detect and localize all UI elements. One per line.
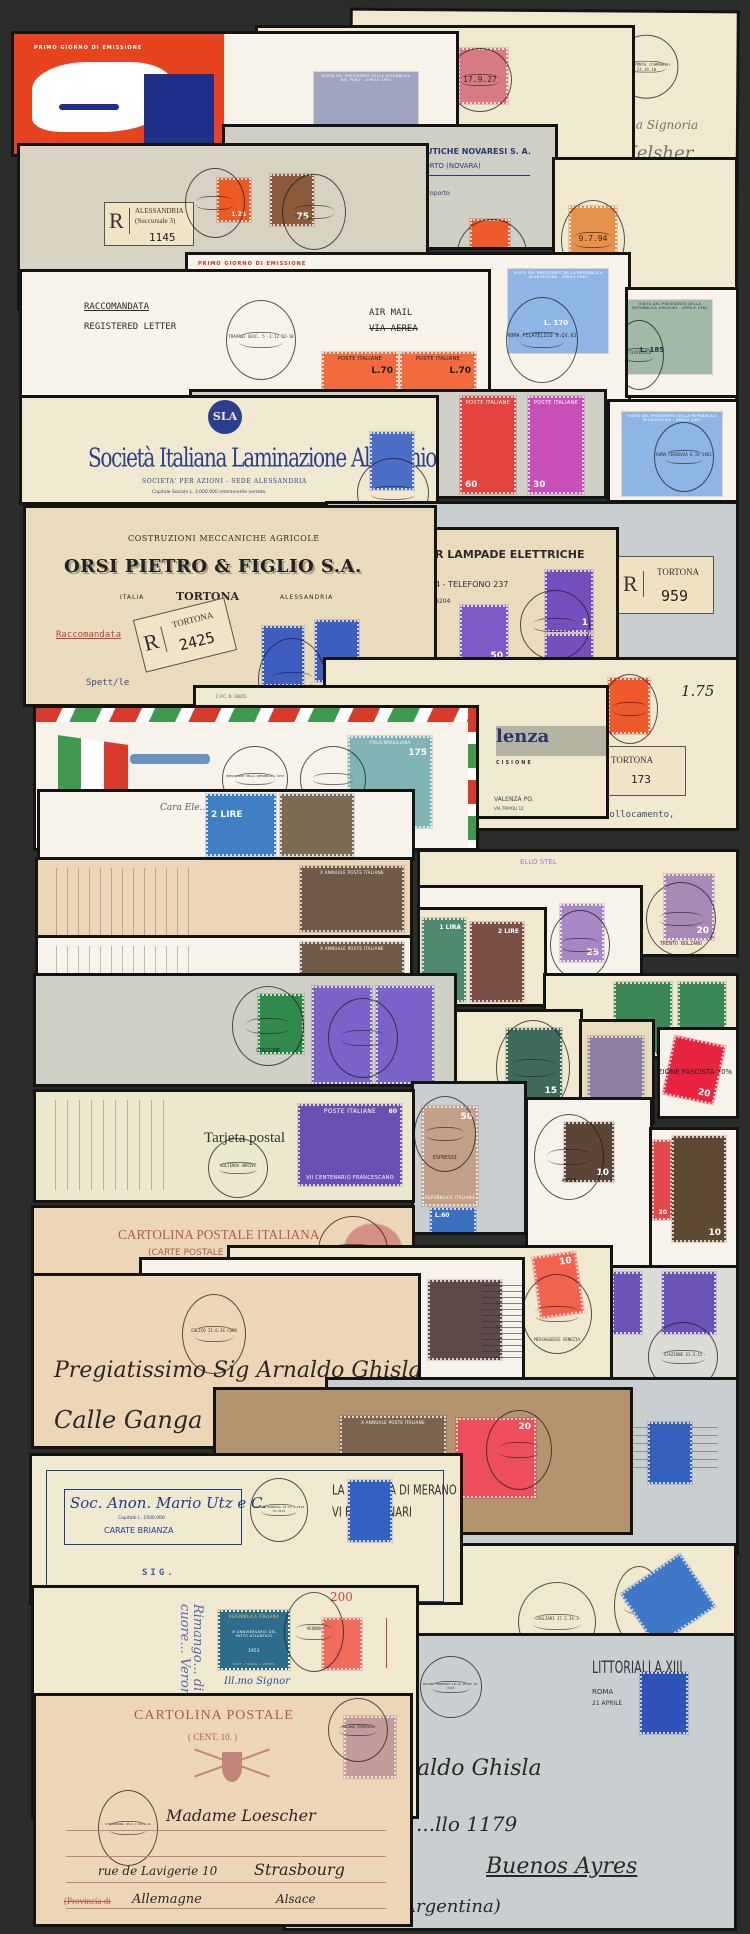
brand-tagline: CISIONE [496,760,533,766]
imperiale-piece: 20 10 [652,1130,736,1272]
registration-label: R TORTONA 2425 [133,597,237,672]
company-line-2: SOCIETA' PER AZIONI - SEDE ALESSANDRIA [142,478,307,485]
province-label: (Provincia di [64,1896,111,1906]
postmark [457,219,527,247]
airmail-label-it: VIA AEREA [369,324,418,334]
red-rule [386,1618,387,1668]
handwriting [46,868,196,948]
postmark: ESPRESSI [414,1096,476,1172]
postmark-milano: MILANO FERROVIA 12-13 5-VIII 35-XIII [250,1478,308,1542]
postmark: ROMA FERROVIA 6-IV 1961 [654,422,714,492]
postmark [328,998,398,1078]
registered-label: Raccomandata [56,630,121,640]
stamp: REPUBBLICA ITALIANA IV ANNIVERSARIO DEL … [218,1610,290,1670]
postmark: MESSAGGERIE VENEZIA [522,1274,592,1354]
postmark: VOLTERRA ARRIVI [208,1138,268,1198]
postmark: ROMA FILATELICO 6.IV.61 [506,297,578,383]
address-city: VALENZA PO. [494,796,534,803]
propaganda-piece: 20 RIVOLUZIONE FASCISTA 70% [660,1030,736,1116]
letterhead-3c: ALESSANDRIA [280,594,333,601]
letterhead-3: 9204 [435,598,450,605]
addressee: Spett/le [86,678,129,688]
wavy-cancel [618,1420,718,1470]
capital: Capitale L. 1500.000 [118,1516,165,1521]
address-name: ...aldo Ghisla [396,1756,542,1781]
coat-of-arms [192,1748,272,1792]
wavy-cancel [482,1280,522,1360]
letterhead-3a: ITALIA [120,594,144,601]
cachet: ELLO STEL [520,858,557,866]
sila-front: SLA Società Italiana Laminazione Allumin… [22,398,436,502]
registration-label: TORTONA 173 [604,746,686,796]
utz-front: Soc. Anon. Mario Utz e C. Capitale L. 15… [32,1456,460,1602]
address-line [66,1908,386,1909]
stamp: POSTE ITALIANE60 [460,396,516,494]
fdc-header: PRIMO GIORNO DI EMISSIONE [34,45,142,51]
registration-label: R ALESSANDRIA (Succursale 3) 1145 [104,202,194,246]
city: CARATE BRIANZA [104,1526,173,1535]
company-name: ORSI PIETRO & FIGLIO S.A. [64,556,362,577]
card-title: CARTOLINA POSTALE ITALIANA [118,1228,319,1244]
addressee: Madame Loescher [166,1806,316,1825]
letterhead-1: R LAMPADE ELETTRICHE [435,548,584,561]
stamp [280,794,354,856]
postmark [550,910,610,978]
stamp [588,1036,644,1108]
tarjeta-card: Tarjeta postal VOLTERRA ARRIVI POSTE ITA… [36,1092,412,1200]
ccp-number: C.P.C. N. 28855 [216,694,247,699]
card-title: CARTOLINA POSTALE [134,1708,294,1724]
postmark [486,1410,552,1490]
postmark [185,168,245,238]
letterhead-1: AUTICHE NOVARESI S. A. [420,147,531,156]
address-city: Buenos Ayres [486,1854,637,1879]
postmark [520,590,590,660]
company-line-3: Capitale Sociale L. 3.000.000 interament… [152,490,265,495]
stamp [612,1272,642,1334]
letterhead-2: PORTO (NOVARA) [420,162,481,170]
typed-text: Collocamento, [604,810,674,820]
airplane-icon [130,754,210,764]
cartolina-postale-10: NB. Sul lato anteriore si scrive soltant… [36,1696,410,1924]
stamp: POSTE ITALIANE 60 VII CENTENARIO FRANCES… [298,1104,402,1186]
postmark [282,174,346,250]
monument-graphic [144,74,214,154]
stamp: X ANNUALE POSTE ITALIANE [300,866,404,932]
card-uruguay: VISITA DEL PRESIDENTE DELLA REPUBBLICA U… [628,290,736,395]
region: Alsace [276,1892,316,1906]
postcard-pair: Cara Ele... 2 LIRE [40,792,412,858]
address: Ill.mo Signor [224,1676,290,1687]
street: rue de Lavigerie 10 [98,1864,217,1878]
postmark: AOSTA [534,1114,604,1200]
trapani-cover: RACCOMANDATA REGISTERED LETTER TRAPANI S… [22,272,488,402]
card-argentina-2: VISITA DEL PRESIDENTE DELLA REPUBBLICA I… [610,402,736,500]
letterhead-1: COSTRUZIONI MECCANICHE AGRICOLE [128,534,320,543]
company-name: Soc. Anon. Mario Utz e C. [70,1494,267,1512]
card-subtitle: ( CENT. 10. ) [188,1732,237,1742]
postmark [602,674,658,744]
stamp: POSTE ITALIANE30 [528,396,584,494]
registered-label: RACCOMANDATA [84,302,149,312]
stamp: L.60 [430,1208,476,1232]
address-line [66,1830,386,1831]
address-line [66,1882,386,1883]
postmark: STAZIONE [232,986,304,1066]
stamp: 2 LIRE [206,794,276,856]
stamp: 10 [672,1136,726,1242]
address-country: (Argentina) [396,1896,501,1917]
address-street: VIA TRIPOLI 12 [494,806,524,811]
augusto-card: 10 AOSTA [528,1100,650,1268]
airmail-stripes-right [468,708,476,848]
stamp: 20 [652,1140,672,1220]
handwritten-rate: 1.75 [681,682,714,700]
decennale-card-1: X ANNUALE POSTE ITALIANE [38,860,410,950]
stamp: 2 LIRE [470,922,524,1002]
airmail-stripes [36,708,476,722]
imperiale-violet-piece: STAZIONE 31.3.15 [612,1268,736,1380]
postmark-strassburg: STRASSBURG (ELS.) 18 8 16 [98,1790,158,1866]
letterhead-2: 4 - TELEFONO 237 [435,580,509,589]
airplane-icon [59,104,119,110]
airmail-label: AIR MAIL [369,308,412,318]
postmark-milano: MILANO FERROVIA 10-11 29-IV 35-XIII [420,1656,482,1718]
stamp [640,1672,688,1734]
stamp: 50 [460,605,508,660]
postmark: TRENTO BOLZANO [646,882,716,954]
postmark: VERONA [284,1592,344,1672]
city: Strasbourg [254,1860,345,1879]
rule [420,175,530,176]
handwriting [44,1100,174,1190]
sla-monogram: SLA [208,400,242,434]
slogan-3: 21 APRILE [592,1700,622,1707]
country: Allemagne [132,1892,202,1907]
address-street: ...llo 1179 [416,1812,517,1836]
espresso-piece: 50REPUBBLICA ITALIANA ESPRESSI L.60 [414,1084,524,1232]
registered-label-en: REGISTERED LETTER [84,322,176,332]
postmark-milano: MILANO FERROVIA [328,1698,388,1762]
slogan-cancel: RIVOLUZIONE FASCISTA 70% [660,1068,732,1076]
registration-label: R TORTONA 959 [618,556,714,614]
salutation: SIG. [142,1568,176,1578]
grey-front: STAZIONE [36,976,454,1084]
brand-name: lenza [496,726,549,747]
postmark-trapani: TRAPANI SUCC. 5 -1.12.62-10 [226,300,296,380]
postmark: 17.9.27 [448,48,512,112]
address-line [66,1856,386,1857]
fdc-header: PRIMO GIORNO DI EMISSIONE [198,261,306,267]
stamp [348,1480,392,1542]
handwriting-street: Calle Ganga [54,1406,202,1434]
slogan-2: ROMA [592,1688,613,1696]
